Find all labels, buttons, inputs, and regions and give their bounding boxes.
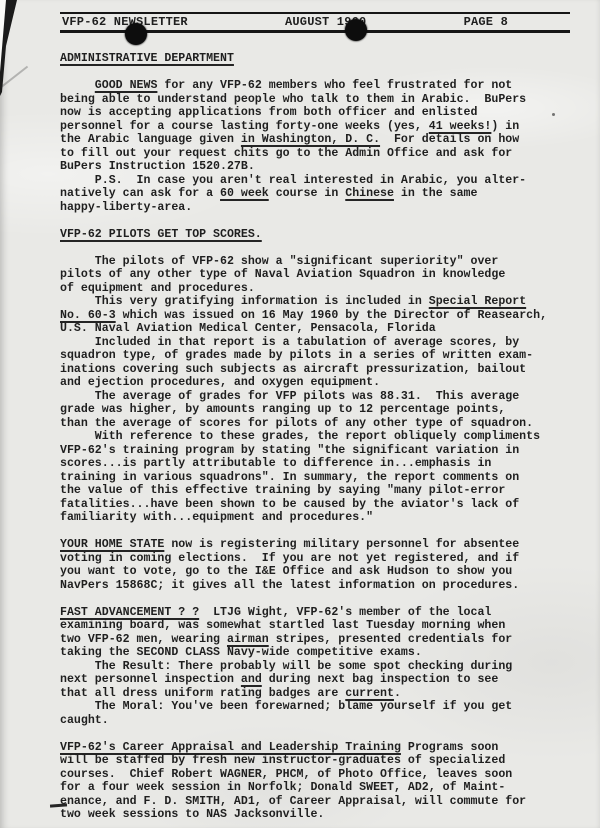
text-run: that all dress uniform rating badges are <box>60 687 345 700</box>
underlined-text: No. 60-3 <box>60 309 116 322</box>
text-run: enance, and F. D. SMITH, AD1, of Career … <box>60 795 526 808</box>
text-run: ) in <box>491 120 519 133</box>
text-run: to fill out your request chits go to the… <box>60 147 512 160</box>
text-run: personnel for a course lasting forty-one… <box>60 120 429 133</box>
underlined-text: YOUR HOME STATE <box>60 538 164 551</box>
text-line: scores...is partly attributable to diffe… <box>60 457 580 471</box>
section-heading-administrative: ADMINISTRATIVE DEPARTMENT <box>60 52 580 66</box>
text-line: taking the SECOND CLASS Navy-wide compet… <box>60 646 580 660</box>
text-line: now is accepting applications from both … <box>60 106 580 120</box>
text-run: Programs soon <box>401 741 498 754</box>
text-run: grade was higher, by amounts ranging up … <box>60 403 505 416</box>
text-line: personnel for a course lasting forty-one… <box>60 120 580 134</box>
text-line: familiarity with...equipment and procedu… <box>60 511 580 525</box>
text-line: VFP-62 PILOTS GET TOP SCORES. <box>60 228 580 242</box>
paragraph-career-appraisal: VFP-62's Career Appraisal and Leadership… <box>60 741 580 822</box>
text-run: which was issued on 16 May 1960 by the D… <box>116 309 547 322</box>
text-line: P.S. In case you aren't real interested … <box>60 174 580 188</box>
text-line: ADMINISTRATIVE DEPARTMENT <box>60 52 580 66</box>
text-line: enance, and F. D. SMITH, AD1, of Career … <box>60 795 580 809</box>
text-run <box>60 79 95 92</box>
text-run: for a four week session in Norfolk; Dona… <box>60 781 505 794</box>
text-run: taking the SECOND CLASS Navy-wide compet… <box>60 646 422 659</box>
text-run: two VFP-62 men, wearing <box>60 633 227 646</box>
text-run: examining board, was somewhat startled l… <box>60 619 505 632</box>
text-line: and ejection procedures, and oxygen equi… <box>60 376 580 390</box>
underlined-text: Special Report <box>429 295 526 308</box>
punch-hole-icon <box>345 19 367 41</box>
text-run: squadron type, of grades made by pilots … <box>60 349 533 362</box>
text-line: With reference to these grades, the repo… <box>60 430 580 444</box>
text-line: the value of this effective training by … <box>60 484 580 498</box>
text-line: NavPers 15868C; it gives all the latest … <box>60 579 580 593</box>
text-line: The pilots of VFP-62 show a "significant… <box>60 255 580 269</box>
text-run: voting in coming elections. If you are n… <box>60 552 519 565</box>
text-line: of equipment and procedures. <box>60 282 580 296</box>
text-line: grade was higher, by amounts ranging up … <box>60 403 580 417</box>
text-line: VFP-62's Career Appraisal and Leadership… <box>60 741 580 755</box>
text-run: the Arabic language given <box>60 133 241 146</box>
text-run: U.S. Naval Aviation Medical Center, Pens… <box>60 322 436 335</box>
underlined-text: current <box>345 687 394 700</box>
text-run: The pilots of VFP-62 show a "significant… <box>60 255 498 268</box>
text-line: than the average of scores for pilots of… <box>60 417 580 431</box>
text-run: fatalities...have been shown to be cause… <box>60 498 519 511</box>
text-run: course in <box>269 187 346 200</box>
text-run: now is registering military personnel fo… <box>164 538 519 551</box>
paragraph-top-scores: The pilots of VFP-62 show a "significant… <box>60 255 580 525</box>
underlined-text: airman <box>227 633 269 646</box>
text-line: courses. Chief Robert WAGNER, PHCM, of P… <box>60 768 580 782</box>
text-run: than the average of scores for pilots of… <box>60 417 533 430</box>
text-run: familiarity with...equipment and procedu… <box>60 511 373 524</box>
text-line: that all dress uniform rating badges are… <box>60 687 580 701</box>
section-heading-top-scores: VFP-62 PILOTS GET TOP SCORES. <box>60 228 580 242</box>
text-line: voting in coming elections. If you are n… <box>60 552 580 566</box>
underlined-text: VFP-62's Career Appraisal and Leadership… <box>60 741 401 754</box>
punch-hole-icon <box>125 23 147 45</box>
text-line: YOUR HOME STATE now is registering milit… <box>60 538 580 552</box>
text-run: This very gratifying information is incl… <box>60 295 429 308</box>
text-run: caught. <box>60 714 109 727</box>
text-run: during next bag inspection to see <box>262 673 499 686</box>
text-line: for a four week session in Norfolk; Dona… <box>60 781 580 795</box>
text-run: will be staffed by fresh new instructor-… <box>60 754 505 767</box>
text-run: scores...is partly attributable to diffe… <box>60 457 491 470</box>
text-line: next personnel inspection and during nex… <box>60 673 580 687</box>
text-line: squadron type, of grades made by pilots … <box>60 349 580 363</box>
text-run: you want to vote, go to the I&E Office a… <box>60 565 512 578</box>
text-line: to fill out your request chits go to the… <box>60 147 580 161</box>
scan-speck <box>552 113 555 116</box>
text-line: Included in that report is a tabulation … <box>60 336 580 350</box>
text-run: two week sessions to NAS Jacksonville. <box>60 808 324 821</box>
text-run: Included in that report is a tabulation … <box>60 336 519 349</box>
text-run: in the same <box>394 187 478 200</box>
underlined-text: in Washington, D. C. <box>241 133 380 146</box>
text-line: you want to vote, go to the I&E Office a… <box>60 565 580 579</box>
text-line: pilots of any other type of Naval Aviati… <box>60 268 580 282</box>
text-run: pilots of any other type of Naval Aviati… <box>60 268 505 281</box>
text-line: two week sessions to NAS Jacksonville. <box>60 808 580 822</box>
text-run: training in various squadrons". In summa… <box>60 471 519 484</box>
text-run: stripes, presented credentials for <box>269 633 513 646</box>
text-line: GOOD NEWS for any VFP-62 members who fee… <box>60 79 580 93</box>
text-line: This very gratifying information is incl… <box>60 295 580 309</box>
text-line: being able to understand people who talk… <box>60 93 580 107</box>
text-line: The average of grades for VFP pilots was… <box>60 390 580 404</box>
text-run: LTJG Wight, VFP-62's member of the local <box>199 606 491 619</box>
underlined-text: Chinese <box>345 187 394 200</box>
text-run: for any VFP-62 members who feel frustrat… <box>157 79 512 92</box>
text-run: The Result: There probably will be some … <box>60 660 512 673</box>
text-line: two VFP-62 men, wearing airman stripes, … <box>60 633 580 647</box>
paragraph-good-news: GOOD NEWS for any VFP-62 members who fee… <box>60 79 580 214</box>
underlined-text: and <box>241 673 262 686</box>
text-line: The Result: There probably will be some … <box>60 660 580 674</box>
text-run: VFP-62's training program by stating "th… <box>60 444 519 457</box>
text-line: examining board, was somewhat startled l… <box>60 619 580 633</box>
text-run: P.S. In case you aren't real interested … <box>60 174 526 187</box>
document-body: ADMINISTRATIVE DEPARTMENT GOOD NEWS for … <box>60 52 580 822</box>
paragraph-your-home-state: YOUR HOME STATE now is registering milit… <box>60 538 580 592</box>
text-run: inations covering such subjects as aircr… <box>60 363 526 376</box>
text-run: happy-liberty-area. <box>60 201 192 214</box>
underlined-text: FAST ADVANCEMENT ? ? <box>60 606 199 619</box>
text-run: the value of this effective training by … <box>60 484 505 497</box>
text-line: caught. <box>60 714 580 728</box>
text-line: No. 60-3 which was issued on 16 May 1960… <box>60 309 580 323</box>
text-run: . <box>394 687 401 700</box>
text-line: BuPers Instruction 1520.27B. <box>60 160 580 174</box>
text-line: will be staffed by fresh new instructor-… <box>60 754 580 768</box>
text-run: being able to understand people who talk… <box>60 93 526 106</box>
text-run: BuPers Instruction 1520.27B. <box>60 160 255 173</box>
text-run: The average of grades for VFP pilots was… <box>60 390 519 403</box>
scan-fold-line <box>0 66 28 88</box>
text-run: now is accepting applications from both … <box>60 106 477 119</box>
underlined-text: 41 weeks! <box>429 120 492 133</box>
text-run: next personnel inspection <box>60 673 241 686</box>
text-line: VFP-62's training program by stating "th… <box>60 444 580 458</box>
text-line: FAST ADVANCEMENT ? ? LTJG Wight, VFP-62'… <box>60 606 580 620</box>
text-line: natively can ask for a 60 week course in… <box>60 187 580 201</box>
text-run: NavPers 15868C; it gives all the latest … <box>60 579 519 592</box>
underlined-text: 60 week <box>220 187 269 200</box>
text-run: and ejection procedures, and oxygen equi… <box>60 376 380 389</box>
newsletter-page: VFP-62 NEWSLETTER AUGUST 1960 PAGE 8 ADM… <box>0 0 600 828</box>
text-run: of equipment and procedures. <box>60 282 255 295</box>
text-line: the Arabic language given in Washington,… <box>60 133 580 147</box>
text-run: natively can ask for a <box>60 187 220 200</box>
header-page-number: PAGE 8 <box>464 15 508 29</box>
paragraph-fast-advancement: FAST ADVANCEMENT ? ? LTJG Wight, VFP-62'… <box>60 606 580 728</box>
underlined-text: VFP-62 PILOTS GET TOP SCORES. <box>60 228 262 241</box>
text-run: courses. Chief Robert WAGNER, PHCM, of P… <box>60 768 512 781</box>
text-run: For details on how <box>380 133 519 146</box>
underlined-text: ADMINISTRATIVE DEPARTMENT <box>60 52 234 65</box>
underlined-text: GOOD NEWS <box>95 79 158 92</box>
text-line: The Moral: You've been forewarned; blame… <box>60 700 580 714</box>
text-line: U.S. Naval Aviation Medical Center, Pens… <box>60 322 580 336</box>
text-run: With reference to these grades, the repo… <box>60 430 540 443</box>
text-line: training in various squadrons". In summa… <box>60 471 580 485</box>
text-run: The Moral: You've been forewarned; blame… <box>60 700 512 713</box>
header-newsletter-title: VFP-62 NEWSLETTER <box>62 15 188 29</box>
text-line: happy-liberty-area. <box>60 201 580 215</box>
text-line: fatalities...have been shown to be cause… <box>60 498 580 512</box>
text-line: inations covering such subjects as aircr… <box>60 363 580 377</box>
